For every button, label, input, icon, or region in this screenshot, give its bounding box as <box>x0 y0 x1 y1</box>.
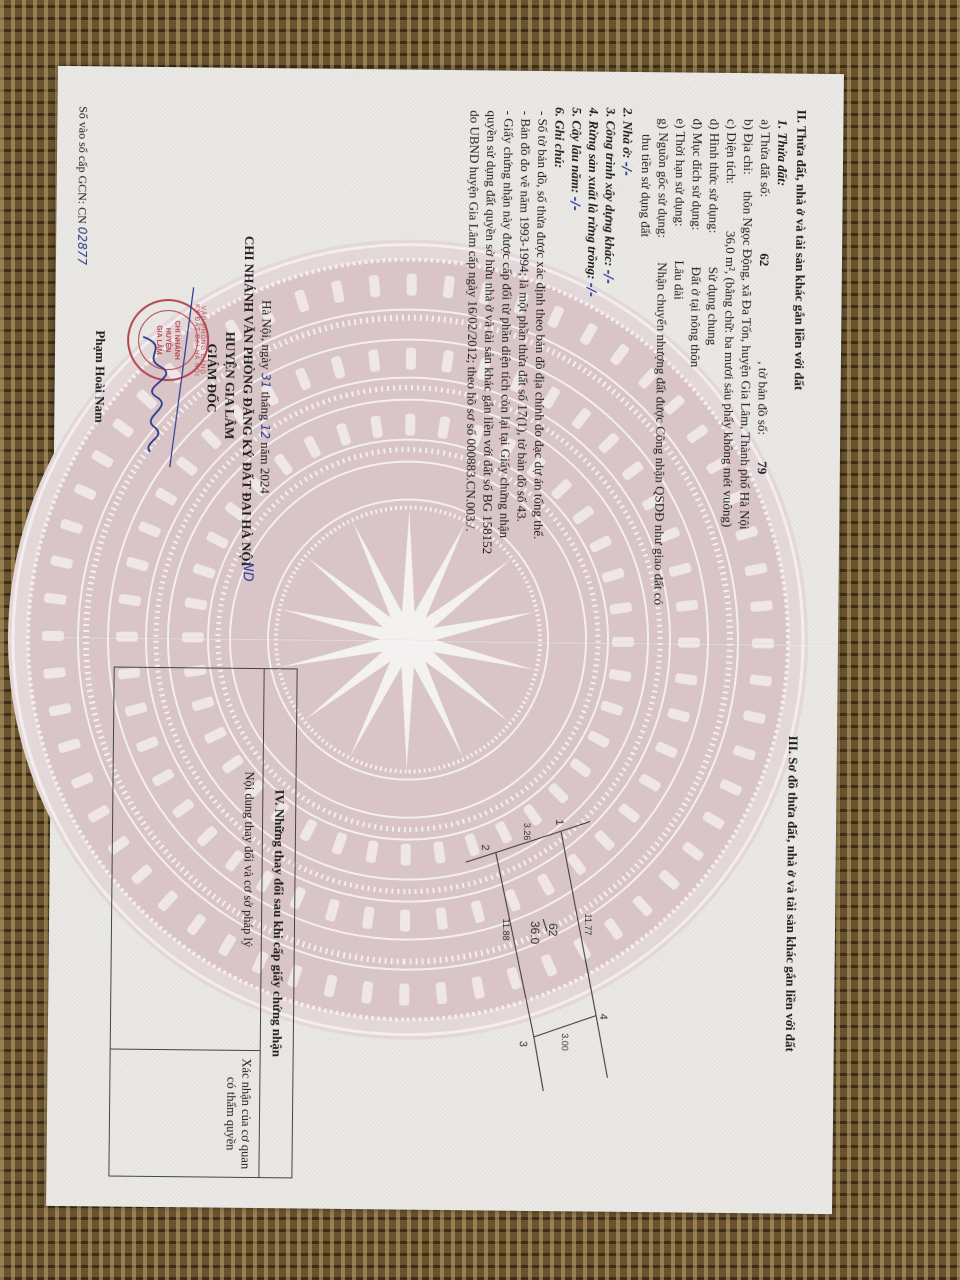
perennial-label: 5. Cây lâu năm: <box>569 107 585 193</box>
section-ii-title: II. Thửa đất, nhà ở và tài sản khác gắn … <box>791 110 810 391</box>
office-line1: CHI NHÁNH VĂN PHÒNG ĐĂNG KÝ ĐẤT ĐAI HÀ N… <box>238 236 258 567</box>
address-value: thôn Ngọc Động, xã Đa Tốn, huyện Gia Lâm… <box>736 191 757 530</box>
section-iii-title: III. Sơ đồ thửa đất, nhà ở và tài sản kh… <box>782 736 801 1052</box>
section-ii-panel: II. Thửa đất, nhà ở và tài sản khác gắn … <box>52 66 844 644</box>
origin-value-line1: Nhận chuyển nhượng đất được Công nhận QS… <box>650 262 671 605</box>
usage-form-value: Sử dụng chung <box>704 267 722 346</box>
area-value: 36,0 m², (bằng chữ: ba mươi sáu phẩy khô… <box>719 231 739 528</box>
planted-forest-value: -/- <box>585 283 599 297</box>
vertex-2: 2 <box>479 844 491 850</box>
signature <box>120 277 202 478</box>
office-line2: HUYỆN GIA LÂM <box>221 332 239 440</box>
planted-forest-label: 4. Rừng sản xuất là rừng trồng: <box>585 107 602 279</box>
changes-col-confirmation-header: Xác nhận của cơ quan có thẩm quyền <box>109 1049 260 1178</box>
map-sheet-label: , tờ bản đồ số: <box>754 361 772 435</box>
other-construction-label: 3. Công trình xây dựng khác: <box>602 108 619 267</box>
perennial-value: -/- <box>569 196 583 210</box>
section-iv-title: IV. Những thay đổi sau khi cấp giấy chứn… <box>259 669 297 1178</box>
signing-month: 12 <box>258 424 272 439</box>
vertex-4: 4 <box>597 1014 609 1020</box>
map-sheet-value: 79 <box>754 461 771 474</box>
purpose-label: đ) Mục đích sử dụng: <box>688 119 706 231</box>
origin-value-line2: thu tiền sử dụng đất <box>637 134 655 237</box>
parcel-diagram: 1 2 3 4 3.26 11.88 3.00 11.77 62 36.0 <box>413 800 616 1102</box>
edge-3-4: 3.00 <box>560 1033 570 1051</box>
term-label: e) Thời hạn sử dụng: <box>671 118 689 226</box>
parcel-value: 62 <box>756 253 773 266</box>
land-heading: 1. Thửa đất: <box>774 119 792 186</box>
changes-col-content-header: Nội dung thay đổi và cơ sở pháp lý <box>110 667 264 1050</box>
edge-2-3: 11.88 <box>501 919 511 941</box>
vertex-3: 3 <box>517 1041 529 1047</box>
term-value: Lâu dài <box>671 260 688 300</box>
notes-label: 6. Ghi chú: <box>551 107 569 168</box>
signing-day: 31 <box>259 373 273 388</box>
other-construction-value: -/- <box>602 270 616 284</box>
vertex-1: 1 <box>553 819 565 825</box>
edge-1-2: 3.26 <box>522 823 532 841</box>
address-label: b) Địa chỉ: <box>740 119 758 175</box>
usage-form-label: d) Hình thức sử dụng: <box>705 119 723 234</box>
parcel-label: a) Thửa đất số: <box>757 119 775 197</box>
registry-number: Số vào sổ cấp GCN: CN 02877 <box>73 106 92 265</box>
house-value: -/- <box>620 162 634 176</box>
section-iii-iv-panel: III. Sơ đồ thửa đất, nhà ở và tài sản kh… <box>46 636 838 1214</box>
parcel-number: 62 <box>546 923 560 937</box>
origin-label: g) Nguồn gốc sử dụng: <box>654 118 672 238</box>
signing-date: Hà Nội, ngày 31 tháng 12 năm 2024 <box>256 300 276 494</box>
edge-4-1: 11.77 <box>583 913 593 935</box>
purpose-value: Đất ở tại nông thôn <box>687 267 705 368</box>
parcel-area: 36.0 <box>528 921 542 945</box>
house-label: 2. Nhà ở: <box>620 108 636 159</box>
signer-name: Phạm Hoài Nam <box>91 330 109 423</box>
initials: ND <box>240 562 255 582</box>
changes-table: IV. Những thay đổi sau khi cấp giấy chứn… <box>108 667 297 1179</box>
land-use-certificate-sheet: II. Thửa đất, nhà ở và tài sản khác gắn … <box>46 66 844 1214</box>
area-label: c) Diện tích: <box>723 119 741 184</box>
